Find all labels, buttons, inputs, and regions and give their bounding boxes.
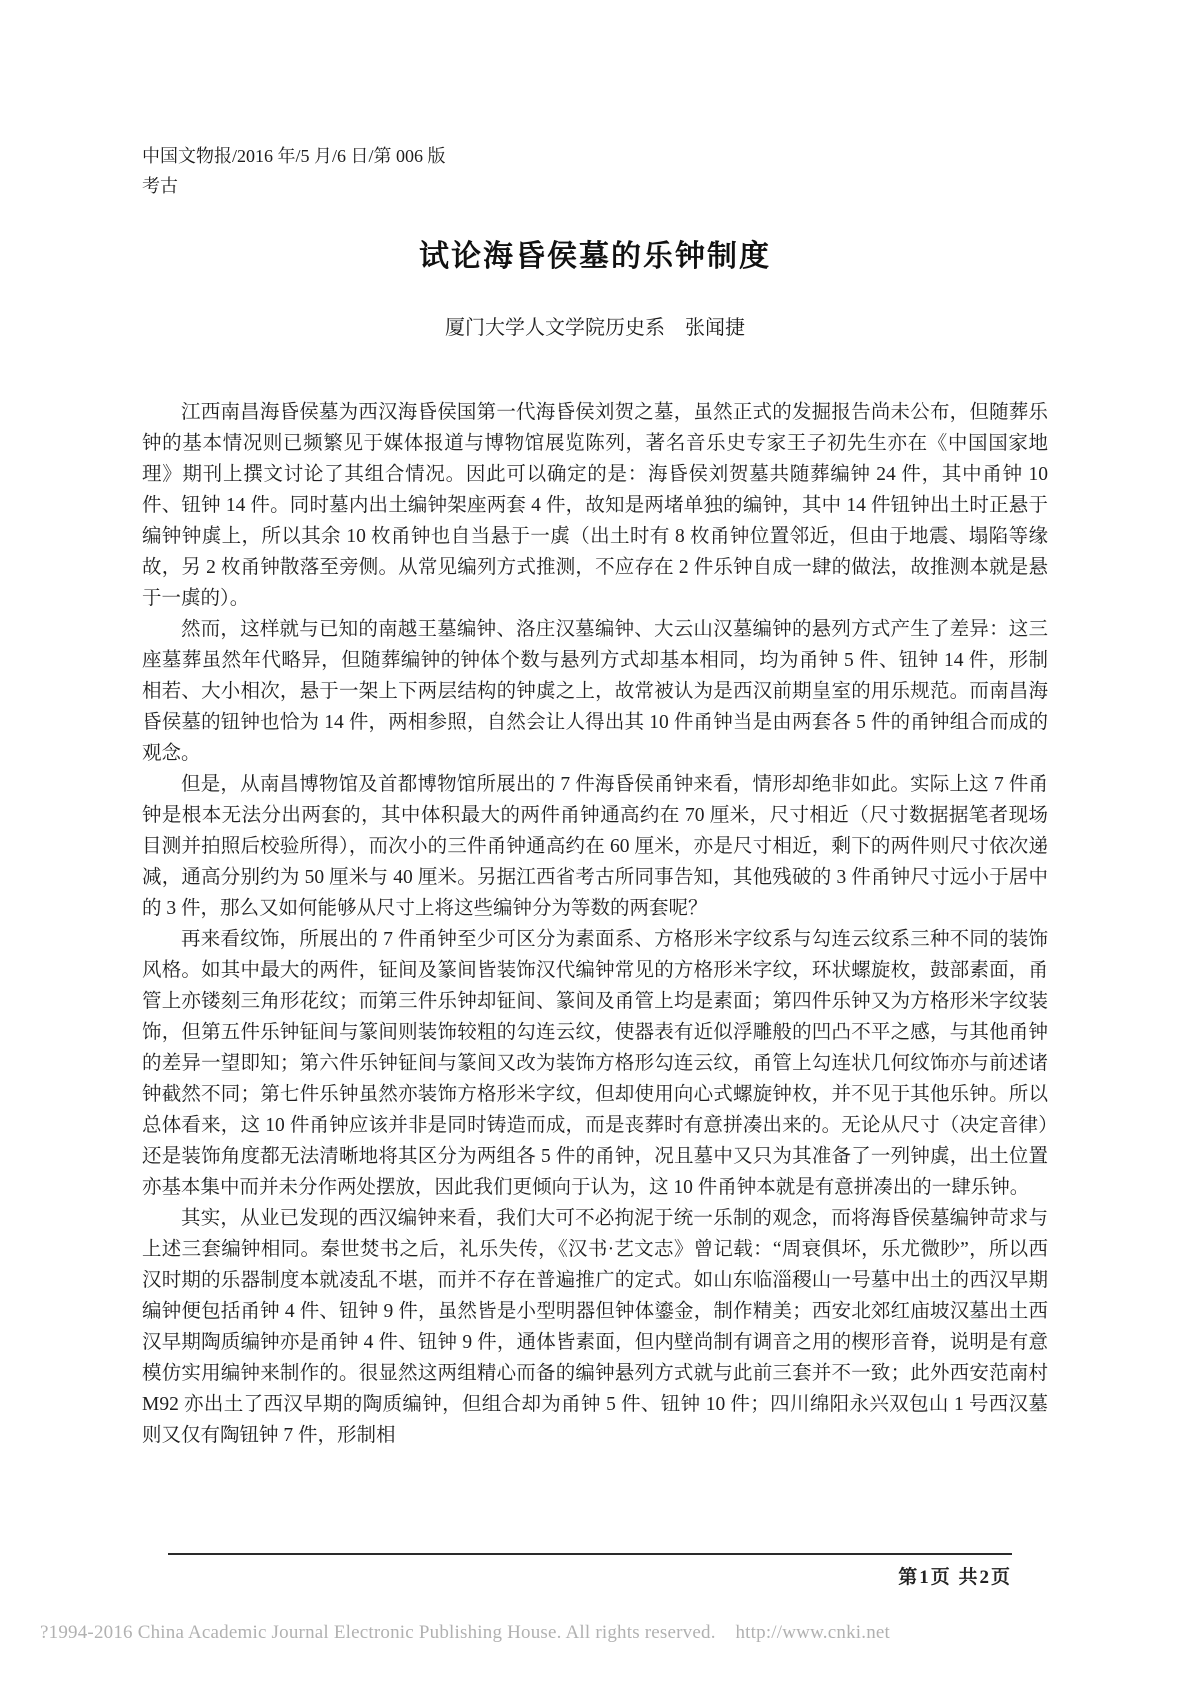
- footer-divider: [168, 1553, 1012, 1555]
- article-paragraph: 但是，从南昌博物馆及首都博物馆所展出的 7 件海昏侯甬钟来看，情形却绝非如此。实…: [142, 769, 1048, 924]
- article-content: 中国文物报/2016 年/5 月/6 日/第 006 版 考古 试论海昏侯墓的乐…: [142, 141, 1048, 1451]
- copyright-notice: ?1994-2016 China Academic Journal Electr…: [40, 1622, 890, 1644]
- page-indicator: 第1页 共2页: [898, 1562, 1012, 1589]
- article-paragraph: 再来看纹饰，所展出的 7 件甬钟至少可区分为素面系、方格形米字纹系与勾连云纹系三…: [142, 924, 1048, 1203]
- source-line: 中国文物报/2016 年/5 月/6 日/第 006 版: [142, 141, 1048, 171]
- article-paragraph: 其实，从业已发现的西汉编钟来看，我们大可不必拘泥于统一乐制的观念，而将海昏侯墓编…: [142, 1203, 1048, 1451]
- article-paragraph: 江西南昌海昏侯墓为西汉海昏侯国第一代海昏侯刘贺之墓，虽然正式的发掘报告尚未公布，…: [142, 397, 1048, 614]
- article-title: 试论海昏侯墓的乐钟制度: [142, 231, 1048, 275]
- article-byline: 厦门大学人文学院历史系 张闻捷: [142, 311, 1048, 340]
- article-body: 江西南昌海昏侯墓为西汉海昏侯国第一代海昏侯刘贺之墓，虽然正式的发掘报告尚未公布，…: [142, 397, 1048, 1451]
- section-label: 考古: [142, 171, 1048, 201]
- document-header: 中国文物报/2016 年/5 月/6 日/第 006 版 考古: [142, 141, 1048, 201]
- document-page: 中国文物报/2016 年/5 月/6 日/第 006 版 考古 试论海昏侯墓的乐…: [0, 0, 1190, 1683]
- article-paragraph: 然而，这样就与已知的南越王墓编钟、洛庄汉墓编钟、大云山汉墓编钟的悬列方式产生了差…: [142, 614, 1048, 769]
